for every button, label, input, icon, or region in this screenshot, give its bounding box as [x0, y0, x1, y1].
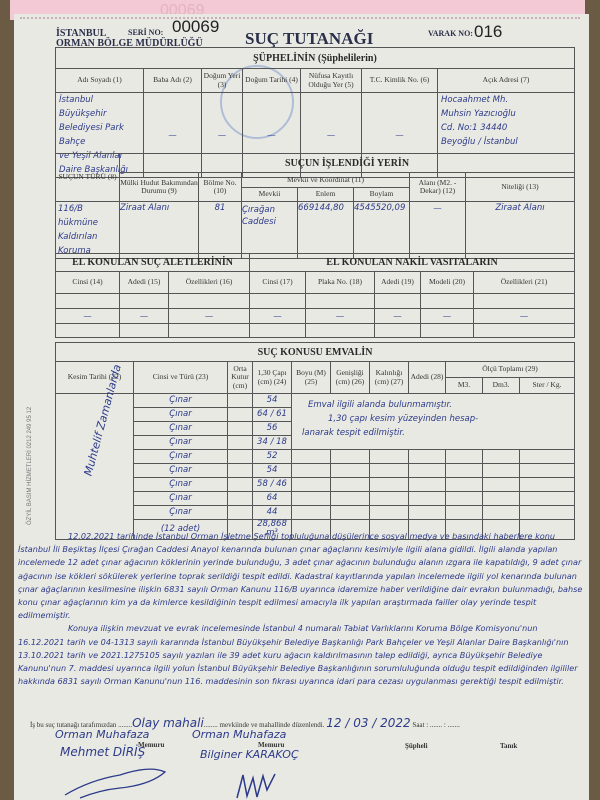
col-header: Niteliği (13): [466, 173, 575, 202]
diameter-value: 34 / 18: [253, 436, 292, 450]
officer2-signature: Bilginer KARAKOÇ: [200, 748, 299, 761]
goods-table: SUÇ KONUSU EMVALİN Kesim Tarihi (22) Cin…: [55, 342, 575, 540]
col-header: Özellikleri (21): [474, 272, 575, 294]
vehicle-count-value: —: [375, 309, 421, 324]
printer-imprint: ÖZYİL BASIM HİZMETLERİ 0212 249 95 12: [27, 407, 33, 525]
suspects-section-title: ŞÜPHELİNİN (Şüphelilerin): [56, 48, 575, 69]
tools-vehicles-table: EL KONULAN SUÇ ALETLERİNİN EL KONULAN NA…: [55, 253, 575, 338]
narrative-paragraph: 12.02.2021 tarihinde İstanbul Orman İşle…: [18, 530, 583, 622]
diameter-value: 64: [253, 492, 292, 506]
officer1-signature: Mehmet DİRİŞ: [60, 745, 145, 759]
col-header: Alanı (M2. - Dekar) (12): [410, 173, 466, 202]
jurisdiction-value: Ziraat Alanı: [120, 202, 199, 259]
diameter-value: 44: [253, 506, 292, 520]
plate-value: —: [306, 309, 375, 324]
col-header: Bölme No. (10): [199, 173, 242, 202]
handwritten-line: Hocaahmet Mh.: [441, 93, 574, 107]
diameter-value: 54: [253, 464, 292, 478]
sub-header: Dm3.: [483, 378, 520, 394]
signature-scribble: [235, 770, 295, 800]
tools-section-title: EL KONULAN SUÇ ALETLERİNİN: [56, 254, 250, 272]
suspect-signature-label: Şüpheli: [405, 742, 428, 750]
seri-number: 00069: [172, 17, 219, 37]
diameter-value: 58 / 46: [253, 478, 292, 492]
col-header: Doğum Tarihi (4): [243, 69, 301, 93]
col-header: Ölçü Toplamı (29): [446, 362, 575, 378]
date-value: 12 / 03 / 2022: [326, 716, 410, 730]
area-value: —: [410, 202, 466, 259]
species-value: Çınar: [134, 464, 228, 478]
col-header: Mülki Hudut Bakımından Durumu (9): [120, 173, 199, 202]
handwritten-line: Belediyesi Park Bahçe: [59, 121, 143, 149]
handwritten-line: Çırağan: [242, 204, 297, 216]
sub-header: M3.: [446, 378, 483, 394]
species-value: Çınar: [134, 436, 228, 450]
varak-label: VARAK NO:: [428, 29, 473, 38]
goods-note: Emval ilgili alanda bulunmamıştır. 1,30 …: [292, 394, 575, 450]
tool-count-value: —: [120, 309, 169, 324]
vehicles-section-title: EL KONULAN NAKİL VASITALARIN: [250, 254, 575, 272]
handwritten-line: Cd. No:1 34440: [441, 121, 574, 135]
tool-features-value: —: [169, 309, 250, 324]
col-header: Baba Adı (2): [144, 69, 202, 93]
col-header: T.C. Kimlik No. (6): [362, 69, 438, 93]
col-header: Adedi (28): [409, 362, 446, 394]
model-value: —: [421, 309, 474, 324]
col-header: Doğum Yeri (3): [202, 69, 243, 93]
handwritten-line: İstanbul Büyükşehir: [59, 93, 143, 121]
col-header: Orta Kutur (cm): [228, 362, 253, 394]
crime-place-table: SUÇUN TÜRÜ (8) SUÇUN İŞLENDİĞİ YERİN Mül…: [55, 153, 575, 259]
crime-type-cell: 116/B hükmüne Kaldırılan Koruma: [56, 202, 120, 259]
species-value: Çınar: [134, 506, 228, 520]
officer1-title: Orman Muhafaza: [55, 728, 149, 741]
sub-header: Boylam: [354, 188, 410, 202]
vehicle-type-value: —: [250, 309, 306, 324]
species-value: Çınar: [134, 422, 228, 436]
col-header: Modeli (20): [421, 272, 474, 294]
col-header: 1,30 Çapı (cm) (24): [253, 362, 292, 394]
compartment-value: 81: [199, 202, 242, 259]
col-header: Mevkii ve Koordinat (11): [242, 173, 410, 188]
longitude-value: 4545520,09: [354, 202, 410, 259]
handwritten-line: Muhsin Yazıcıoğlu: [441, 107, 574, 121]
crime-place-section-title: SUÇUN İŞLENDİĞİ YERİN: [120, 154, 575, 173]
col-header: Cinsi (17): [250, 272, 306, 294]
diameter-value: 54: [253, 394, 292, 408]
vehicle-features-value: —: [474, 309, 575, 324]
species-value: Çınar: [134, 450, 228, 464]
col-header: Nüfusa Kayıtlı Olduğu Yer (5): [301, 69, 362, 93]
col-header: Plaka No. (18): [306, 272, 375, 294]
varak-number: 016: [474, 22, 502, 42]
diameter-value: 52: [253, 450, 292, 464]
col-header: Boyu (M) (25): [292, 362, 331, 394]
diameter-value: 64 / 61: [253, 408, 292, 422]
crime-type-header: SUÇUN TÜRÜ (8): [56, 154, 120, 202]
handwritten-line: Beyoğlu / İstanbul: [441, 135, 574, 149]
col-header: Cinsi ve Türü (23): [134, 362, 228, 394]
perforation-line: [20, 17, 580, 21]
col-header: Adedi (15): [120, 272, 169, 294]
col-header: Açık Adresi (7): [438, 69, 575, 93]
species-value: Çınar: [134, 394, 228, 408]
handwritten-line: 1,30 çapı kesim yüzeyinden hesap-: [302, 412, 574, 426]
col-header: Cinsi (14): [56, 272, 120, 294]
narrative-text: 12.02.2021 tarihinde İstanbul Orman İşle…: [18, 530, 583, 688]
handwritten-line: 116/B hükmüne: [58, 202, 119, 230]
nature-value: Ziraat Alanı: [466, 202, 575, 259]
sub-header: Mevkii: [242, 188, 298, 202]
species-value: Çınar: [134, 492, 228, 506]
document-title: SUÇ TUTANAĞI: [245, 29, 373, 49]
sub-header: Ster / Kg.: [520, 378, 575, 394]
officer2-title: Orman Muhafaza: [192, 728, 286, 741]
species-value: Çınar: [134, 478, 228, 492]
diameter-value: 56: [253, 422, 292, 436]
handwritten-line: Caddesi: [242, 216, 297, 228]
handwritten-line: Kaldırılan: [58, 230, 119, 244]
latitude-value: 669144,80: [298, 202, 354, 259]
signature-scribble: [60, 760, 170, 800]
col-header: Adı Soyadı (1): [56, 69, 144, 93]
cut-date-value: Muhtelif Zamanlarda: [83, 455, 100, 477]
tool-type-value: —: [56, 309, 120, 324]
goods-section-title: SUÇ KONUSU EMVALİN: [56, 343, 575, 362]
col-header: Özellikleri (16): [169, 272, 250, 294]
location-cell: Çırağan Caddesi: [242, 202, 298, 259]
cut-date-cell: Muhtelif Zamanlarda: [56, 394, 134, 540]
narrative-paragraph: Konuya ilişkin mevzuat ve evrak inceleme…: [18, 622, 583, 688]
handwritten-line: Emval ilgili alanda bulunmamıştır.: [302, 398, 574, 412]
handwritten-line: lanarak tespit edilmiştir.: [302, 426, 574, 440]
sub-header: Enlem: [298, 188, 354, 202]
col-header: Adedi (19): [375, 272, 421, 294]
species-value: Çınar: [134, 408, 228, 422]
col-header: Kalınlığı (cm) (27): [370, 362, 409, 394]
witness-signature-label: Tanık: [500, 742, 517, 750]
seri-label: SERİ NO:: [128, 28, 163, 37]
time-label: Saat : ....... : .......: [412, 721, 459, 729]
col-header: Genişliği (cm) (26): [331, 362, 370, 394]
